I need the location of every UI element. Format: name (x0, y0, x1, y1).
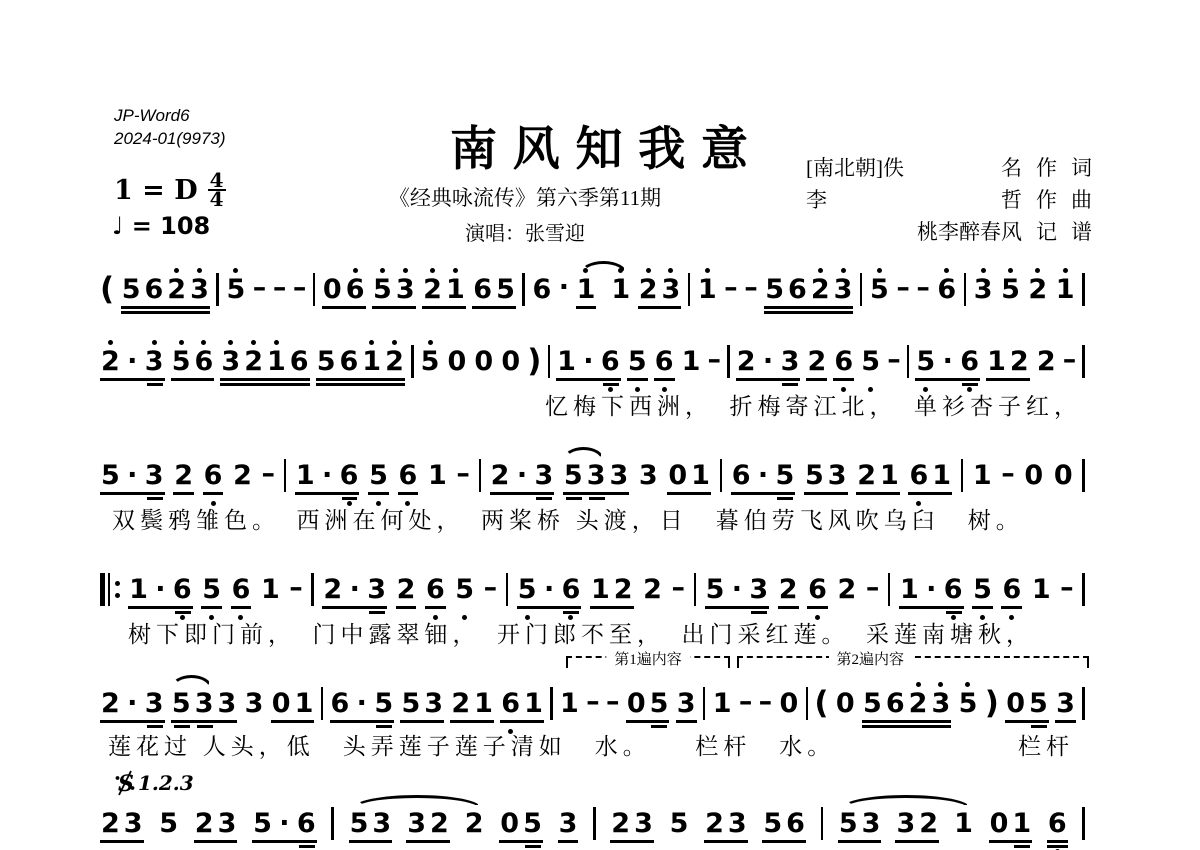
credit-row-composer: 李 哲 作曲 (806, 184, 1092, 216)
credit-name: 桃李醉春风 (806, 216, 1022, 248)
credit-name-right: 哲 (1001, 184, 1022, 216)
beam-line (194, 840, 238, 843)
repeat-thin-bar (108, 573, 110, 606)
note-cell: 3 (974, 266, 993, 324)
barline (1082, 345, 1085, 378)
beam-line (406, 840, 450, 843)
note-glyph: 3 (1056, 689, 1075, 719)
barline (720, 459, 723, 492)
note-cell: 2 (639, 266, 658, 324)
note-group: 0 (835, 680, 856, 738)
note-glyph: 6 (173, 575, 192, 605)
barline (522, 273, 525, 306)
note-glyph: 3 (896, 809, 915, 839)
note-glyph: 6 (1002, 575, 1021, 605)
octave-dot-above (403, 268, 408, 273)
sixteenth-beam-line (525, 845, 541, 848)
note-glyph: 1 (954, 809, 973, 839)
note-glyph: 5 (650, 689, 669, 719)
note-glyph: 5 (496, 275, 515, 305)
note-glyph: 3 (221, 347, 240, 377)
note-glyph: 2 (385, 347, 404, 377)
barline (479, 459, 482, 492)
beam-line (100, 492, 165, 495)
beam-line (322, 306, 366, 309)
note-cell: · (276, 800, 293, 850)
note-glyph: 3 (749, 575, 768, 605)
sixteenth-beam-line (589, 497, 605, 500)
note-cell: 5 (226, 266, 245, 324)
note-cell: 2 (385, 338, 404, 396)
beam-line (220, 378, 309, 381)
note-glyph: 3 (834, 275, 853, 305)
note-glyph: 1 (428, 461, 447, 491)
note-glyph: 2 (233, 461, 252, 491)
octave-dot-above (938, 682, 943, 687)
note-glyph: 1 (1056, 275, 1075, 305)
note-glyph: 1 (129, 575, 148, 605)
note-glyph: 5 (523, 809, 542, 839)
tie-arc-span: 53322 (349, 800, 485, 850)
octave-dot-above (841, 268, 846, 273)
octave-dot-above (197, 268, 202, 273)
note-cell: 2 (705, 800, 724, 850)
repeat-dot (115, 593, 120, 598)
note-glyph: 2 (643, 575, 662, 605)
beam-line (638, 306, 682, 309)
note-glyph: 3 (218, 809, 237, 839)
sixteenth-beam-line (566, 497, 582, 500)
barline (964, 273, 967, 306)
note-glyph: 6 (473, 275, 492, 305)
note-cell: 6 (786, 800, 805, 850)
note-glyph: 1 (691, 461, 710, 491)
note-glyph: 2 (811, 275, 830, 305)
note-glyph: 6 (232, 575, 251, 605)
note-glyph: 6 (944, 575, 963, 605)
barline (1082, 687, 1085, 720)
sixteenth-beam-line (751, 611, 767, 614)
sixteenth-beam-line (369, 611, 385, 614)
note-glyph: 5 (916, 347, 935, 377)
sixteenth-beam-line (147, 497, 163, 500)
note-group: 53 (372, 266, 416, 324)
barline (321, 687, 324, 720)
note-group: 2 (464, 800, 485, 850)
note-cell: 2 (909, 680, 928, 738)
credits-block: [南北朝]佚 名 作词 李 哲 作曲 桃李醉春风 记谱 (806, 152, 1092, 248)
note-glyph: 2 (167, 275, 186, 305)
note-group: 3 (558, 800, 579, 850)
beam-line (517, 606, 582, 609)
note-glyph: 2 (430, 809, 449, 839)
octave-dot-above (618, 268, 623, 273)
barline (1082, 807, 1085, 840)
note-cell: 3 (862, 800, 881, 850)
note-glyph: 5 (455, 575, 474, 605)
octave-dot-above (274, 340, 279, 345)
note-glyph: 0 (448, 347, 467, 377)
note-cell: 5 (523, 800, 542, 850)
note-glyph: 3 (145, 347, 164, 377)
note-cell: 3 (661, 266, 680, 324)
note-glyph: 3 (145, 689, 164, 719)
note-glyph: 2 (451, 689, 470, 719)
note-group: 06 (322, 266, 366, 324)
note-glyph: 1 (900, 575, 919, 605)
beam-line (171, 720, 237, 723)
note-glyph: 5 (202, 575, 221, 605)
parenthesis-symbol: ) (527, 343, 541, 379)
credit-name: 李 哲 (806, 184, 1022, 216)
note-glyph: 2 (323, 575, 342, 605)
note-cell: 6 (195, 338, 214, 396)
barline (860, 273, 863, 306)
note-cell: 5 (373, 266, 392, 324)
note-cell: 6 (937, 266, 956, 324)
note-glyph: 3 (372, 809, 391, 839)
note-cell: 1 (1032, 566, 1051, 624)
volta-1-bracket: 第1遍内容 (566, 656, 730, 670)
note-glyph: 2 (101, 347, 120, 377)
note-glyph: 3 (639, 461, 658, 491)
note-glyph: 5 (763, 809, 782, 839)
beam-line (626, 720, 670, 723)
note-glyph: 2 (857, 461, 876, 491)
beam-line-2 (220, 383, 309, 386)
note-group: 56 (171, 338, 215, 396)
note-glyph: 1 (446, 275, 465, 305)
note-glyph: 6 (145, 275, 164, 305)
note-glyph: · (758, 461, 768, 491)
beam-line (705, 606, 770, 609)
note-glyph: 5 (122, 275, 141, 305)
barline (593, 807, 596, 840)
note-glyph: 0 (1006, 689, 1025, 719)
note-glyph: 2 (101, 689, 120, 719)
beam-line (173, 492, 194, 495)
beam-line (989, 840, 1033, 843)
note-cell: 6 (1048, 800, 1067, 850)
note-glyph: 2 (101, 809, 120, 839)
note-glyph: 3 (424, 689, 443, 719)
note-glyph: 6 (786, 809, 805, 839)
note-glyph: 2 (737, 347, 756, 377)
repeat-dots (115, 573, 120, 606)
beam-line (500, 720, 544, 723)
note-glyph: 6 (886, 689, 905, 719)
note-glyph: 2 (465, 809, 484, 839)
note-glyph: 5 (1001, 275, 1020, 305)
note-group: 23 (704, 800, 748, 850)
note-cell: 5 (122, 266, 141, 324)
barline (688, 273, 691, 306)
volta-2-bracket: 第2遍内容 (737, 656, 1089, 670)
note-glyph: 3 (587, 461, 606, 491)
note-glyph: 2 (174, 461, 193, 491)
octave-dot-above (174, 268, 179, 273)
note-glyph: · (763, 347, 773, 377)
note-glyph: 5 (839, 809, 858, 839)
note-glyph: · (357, 689, 367, 719)
note-glyph: 1 (880, 461, 899, 491)
barline (727, 345, 730, 378)
credit-name: [南北朝]佚 名 (806, 152, 1022, 184)
note-group: 5 (958, 680, 979, 738)
note-group: 0 (500, 338, 521, 396)
note-glyph: 5 (101, 461, 120, 491)
note-glyph: 0 (668, 461, 687, 491)
note-glyph: 6 (532, 275, 551, 305)
beam-line (778, 606, 799, 609)
beam-line (252, 840, 317, 843)
beam-line-2 (764, 311, 853, 314)
note-cell: 0 (323, 266, 342, 324)
credit-role: 作词 (1036, 152, 1092, 184)
sixteenth-beam-line (1014, 845, 1030, 848)
note-cell: 3 (834, 266, 853, 324)
beam-line (899, 606, 964, 609)
duration-dash: – (273, 273, 287, 303)
note-cell: 3 (559, 800, 578, 850)
beam-line (558, 840, 579, 843)
beam-line (472, 306, 516, 309)
note-cell: 5 (317, 338, 336, 396)
beam-line (556, 378, 621, 381)
note-glyph: 6 (195, 347, 214, 377)
note-group: 5623 (862, 680, 951, 738)
note-glyph: 3 (677, 689, 696, 719)
repeat-dot (115, 581, 120, 586)
note-glyph: 2 (614, 575, 633, 605)
note-group: 0 (473, 338, 494, 396)
note-glyph: 5 (253, 809, 272, 839)
beam-line (368, 492, 389, 495)
note-cell: 3 (931, 680, 950, 738)
note-glyph: 6 (331, 689, 350, 719)
note-glyph: 1 (557, 347, 576, 377)
beam-line (372, 306, 416, 309)
note-group: 01 (989, 800, 1033, 850)
beam-line (330, 720, 395, 723)
note-cell: 6 (297, 800, 316, 850)
lyrics-line-4: 树下即门前， 门中露翠钿， 开门郎不至， 出门采红莲。 采莲南塘秋， (128, 616, 1034, 649)
note-cell: 5 (839, 800, 858, 850)
performer-line: 演唱：张雪迎 (150, 217, 900, 246)
beam-line-2 (316, 383, 405, 386)
note-glyph: 5 (226, 275, 245, 305)
note-glyph: 1 (524, 689, 543, 719)
note-glyph: 5 (564, 461, 583, 491)
note-glyph: 1 (261, 575, 280, 605)
duration-dash: – (289, 573, 303, 603)
note-glyph: 3 (609, 461, 628, 491)
beam-line (316, 378, 405, 381)
note-glyph: 3 (407, 809, 426, 839)
note-cell: 5 (159, 800, 178, 850)
beam-line (203, 492, 224, 495)
note-glyph: 6 (562, 575, 581, 605)
note-glyph: 3 (634, 809, 653, 839)
note-cell: 3 (372, 800, 391, 850)
barline (1082, 273, 1085, 306)
note-cell: 3 (634, 800, 653, 850)
note-glyph: 6 (834, 347, 853, 377)
duration-dash: – (1063, 345, 1077, 375)
note-glyph: 5 (805, 461, 824, 491)
octave-dot-above (108, 340, 113, 345)
note-glyph: 1 (267, 347, 286, 377)
barline (550, 687, 553, 720)
note-glyph: 5 (374, 689, 393, 719)
beam-line (862, 720, 951, 723)
note-glyph: 2 (1028, 275, 1047, 305)
tie-arc-span: 11 (576, 266, 632, 324)
note-group: 5612 (316, 338, 405, 396)
barline (331, 807, 334, 840)
note-group: 1 (697, 266, 718, 324)
note-glyph: 6 (601, 347, 620, 377)
beam-line (231, 606, 252, 609)
note-glyph: 1 (474, 689, 493, 719)
note-glyph: 6 (340, 347, 359, 377)
beam-line (838, 840, 882, 843)
note-cell: · (124, 338, 141, 396)
note-glyph: 5 (317, 347, 336, 377)
note-glyph: 2 (1037, 347, 1056, 377)
octave-dot-above (1035, 268, 1040, 273)
beam-line (450, 720, 494, 723)
note-glyph: · (583, 347, 593, 377)
note-group: 0 (1023, 452, 1044, 510)
barline (313, 273, 316, 306)
note-glyph: 6 (290, 347, 309, 377)
octave-dot-above (965, 682, 970, 687)
volta-2-label: 第2遍内容 (829, 648, 913, 669)
note-cell: 3 (218, 800, 237, 850)
octave-dot-above (705, 268, 710, 273)
octave-dot-above (668, 268, 673, 273)
note-glyph: 3 (245, 689, 264, 719)
repeat-thick-bar (100, 573, 105, 606)
octave-dot-above (944, 268, 949, 273)
beam-line (100, 720, 165, 723)
note-glyph: 6 (808, 575, 827, 605)
note-cell: 0 (836, 680, 855, 738)
note-cell: 0 (474, 338, 493, 396)
beam-line (398, 492, 419, 495)
beam-line (1005, 720, 1049, 723)
sixteenth-beam-line (536, 497, 552, 500)
note-glyph: 1 (682, 347, 701, 377)
barline (506, 573, 509, 606)
note-glyph: 2 (909, 689, 928, 719)
note-glyph: 5 (421, 347, 440, 377)
note-group: 1 (953, 800, 974, 850)
beam-line (499, 840, 543, 843)
beam-line (425, 606, 446, 609)
barline (694, 573, 697, 606)
beam-line (590, 606, 634, 609)
barline (961, 459, 964, 492)
beam-line (490, 492, 555, 495)
parenthesis-symbol: ( (814, 685, 828, 721)
duration-dash: – (253, 273, 267, 303)
note-glyph: 6 (655, 347, 674, 377)
barline (907, 345, 910, 378)
beam-line (171, 378, 215, 381)
note-group: 6 (531, 266, 552, 324)
note-glyph: 0 (1024, 461, 1043, 491)
note-cell: 3 (396, 266, 415, 324)
note-glyph: 6 (501, 689, 520, 719)
note-cell: 5 (496, 266, 515, 324)
duration-dash: – (606, 687, 620, 717)
note-cell: 3 (190, 266, 209, 324)
octave-dot-above (369, 340, 374, 345)
note-group: 0 (1053, 452, 1074, 510)
beam-line (986, 378, 1030, 381)
note-cell: 1 (1012, 800, 1031, 850)
note-glyph: 6 (732, 461, 751, 491)
note-glyph: 1 (987, 347, 1006, 377)
beam-line (667, 492, 711, 495)
octave-dot-above (179, 340, 184, 345)
duration-dash: – (262, 459, 276, 489)
note-cell: 6 (473, 266, 492, 324)
note-cell: 1 (267, 338, 286, 396)
beam-line (731, 492, 796, 495)
note-cell: 1 (611, 266, 630, 324)
beam-line (764, 306, 853, 309)
beam-line (676, 720, 697, 723)
note-cell: 2 (919, 800, 938, 850)
note-glyph: 3 (728, 809, 747, 839)
note-glyph: 3 (367, 575, 386, 605)
dot-symbol: · (559, 273, 569, 303)
note-glyph: 1 (362, 347, 381, 377)
note-cell: 6 (145, 266, 164, 324)
note-glyph: 5 (369, 461, 388, 491)
note-cell: 6 (788, 266, 807, 324)
note-group: 32 (406, 800, 450, 850)
note-glyph: 5 (973, 575, 992, 605)
note-glyph: 2 (397, 575, 416, 605)
beam-line (576, 306, 597, 309)
note-glyph: 3 (218, 689, 237, 719)
note-glyph: 3 (931, 689, 950, 719)
beam-line (915, 378, 980, 381)
note-cell: 0 (1054, 452, 1073, 510)
note-glyph: 2 (423, 275, 442, 305)
note-glyph: 1 (591, 575, 610, 605)
credit-row-transcriber: 桃李醉春风 记谱 (806, 216, 1092, 248)
duration-dash: – (896, 273, 910, 303)
note-cell: 0 (990, 800, 1009, 850)
note-cell: 1 (362, 338, 381, 396)
duration-dash: – (1060, 573, 1074, 603)
note-cell: 1 (954, 800, 973, 850)
note-glyph: 6 (204, 461, 223, 491)
octave-dot-above (981, 268, 986, 273)
note-group: 65 (472, 266, 516, 324)
note-glyph: 2 (195, 809, 214, 839)
note-glyph: 1 (1032, 575, 1051, 605)
note-glyph: 3 (396, 275, 415, 305)
note-glyph: 5 (706, 575, 725, 605)
note-cell: 2 (465, 800, 484, 850)
note-glyph: 1 (560, 689, 579, 719)
